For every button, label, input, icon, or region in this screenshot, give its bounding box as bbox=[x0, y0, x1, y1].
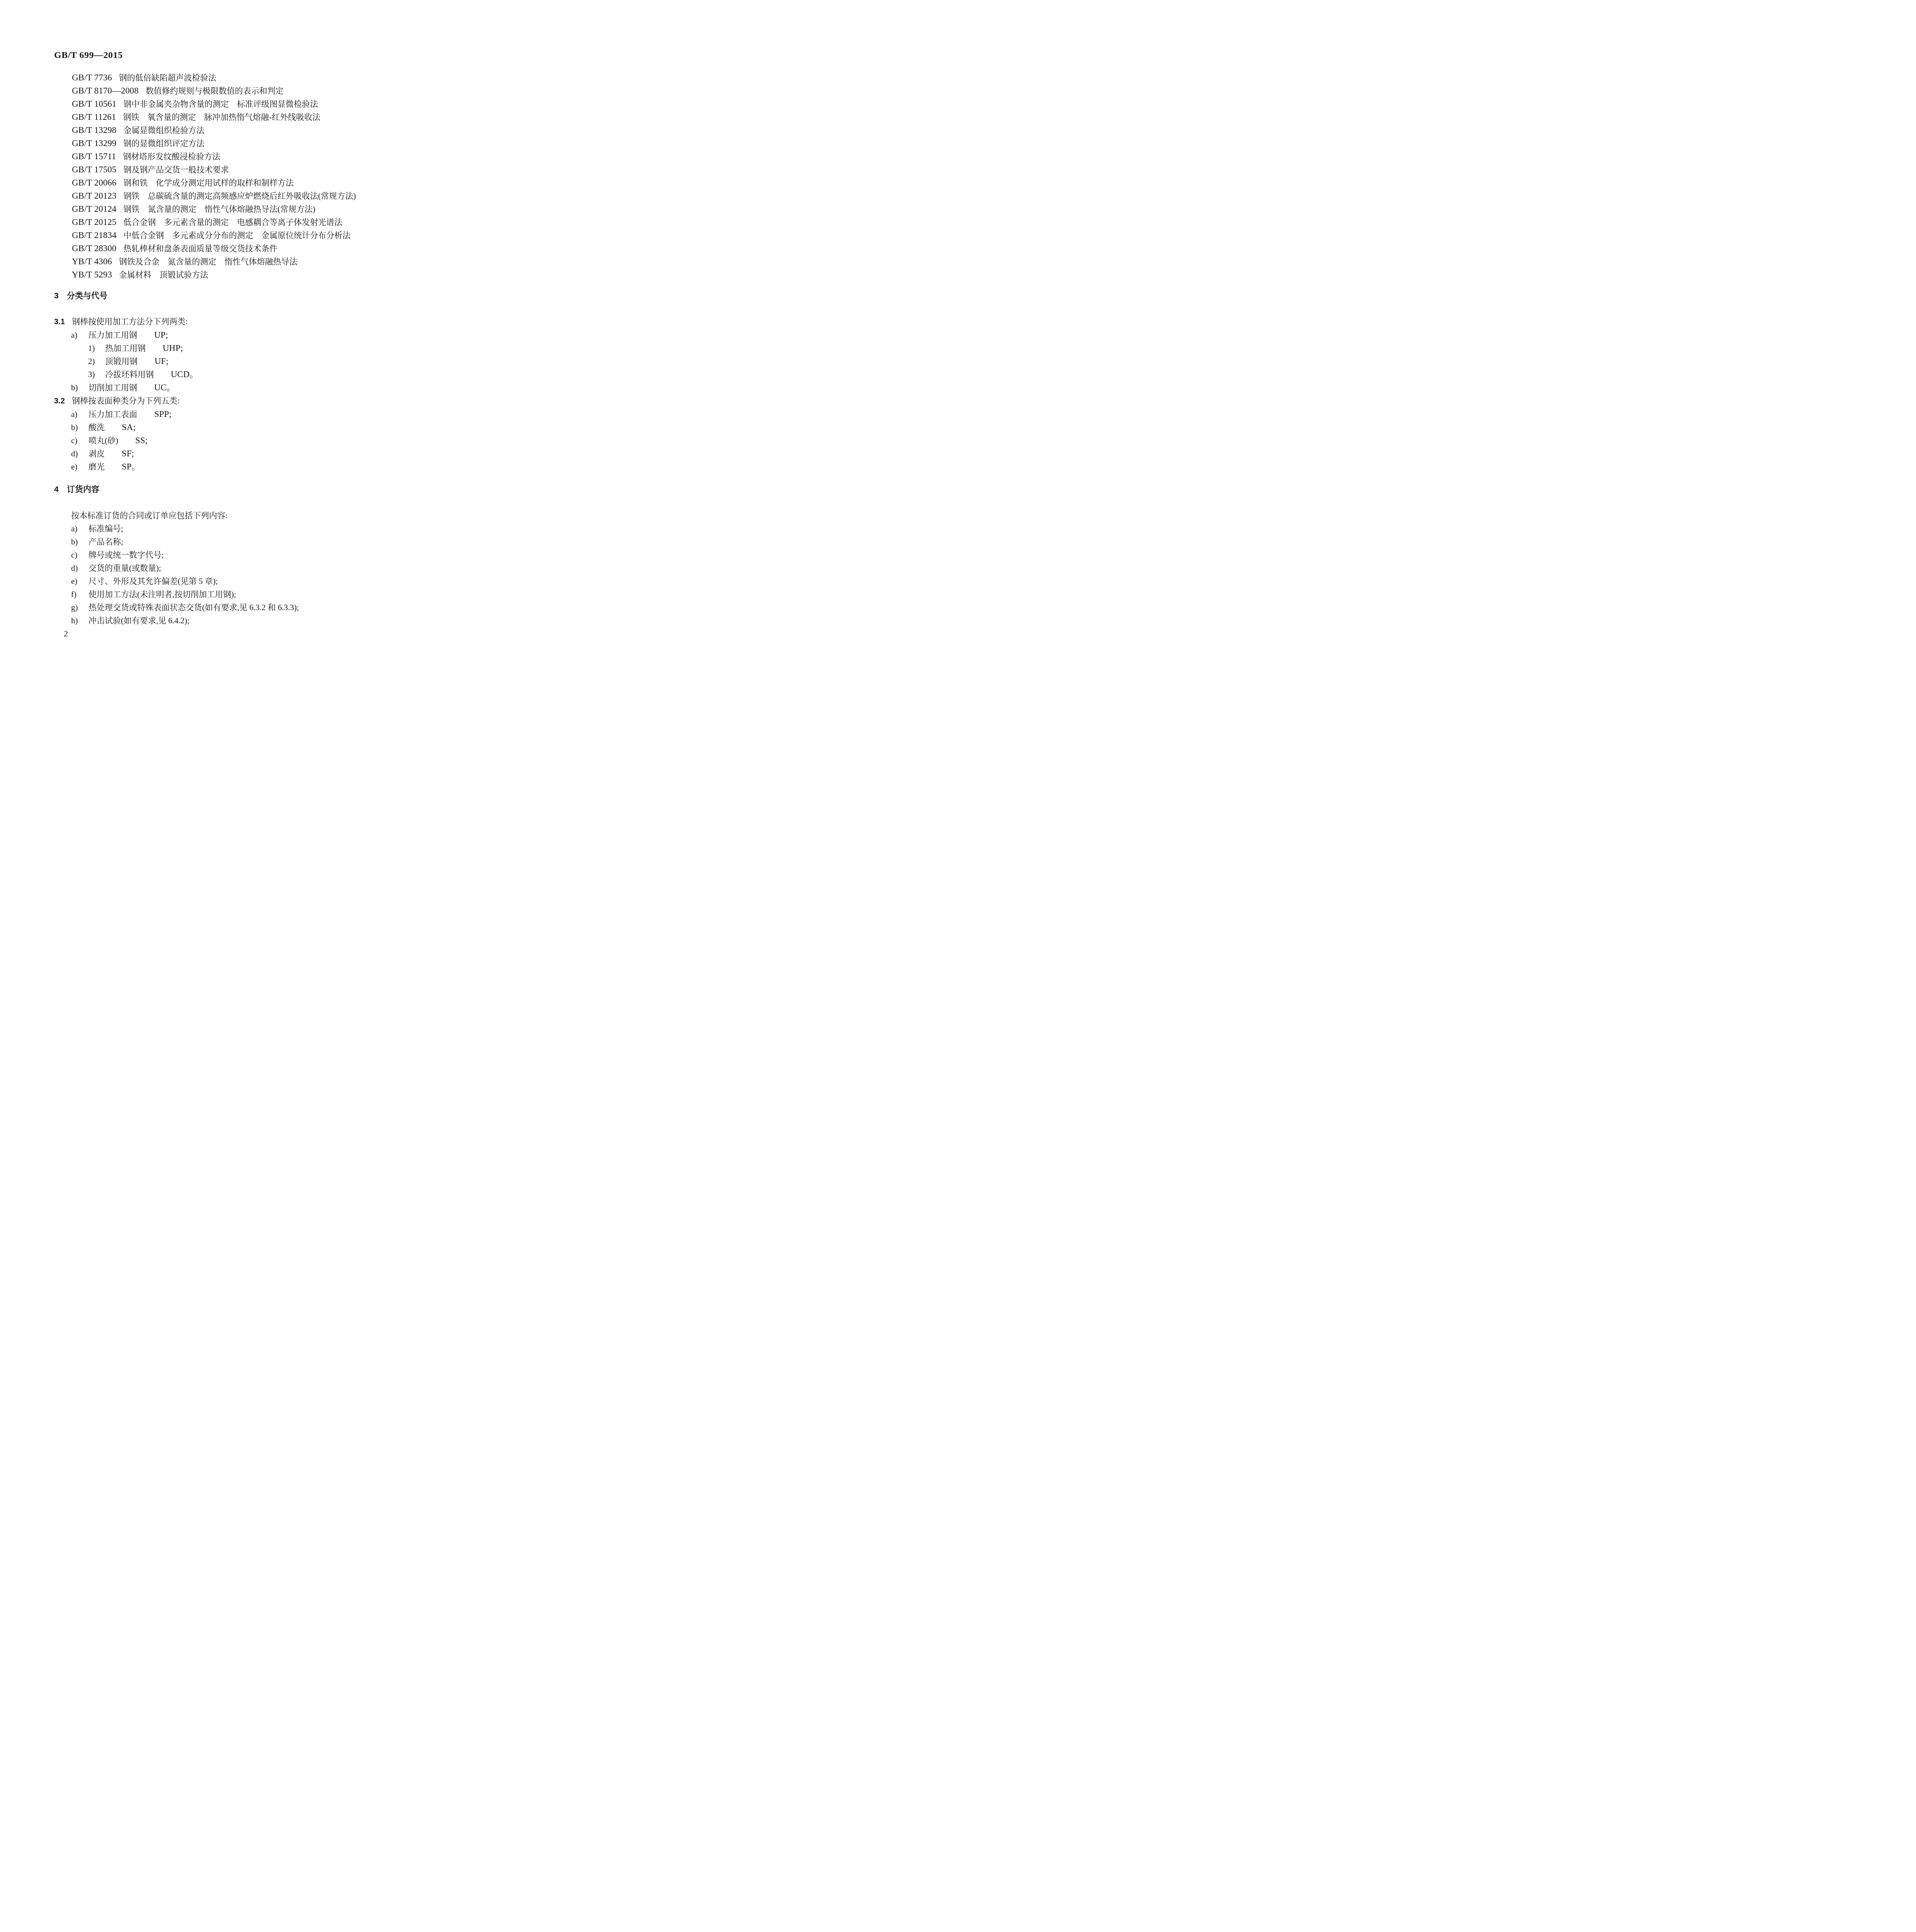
list-item: c)喷丸(砂)SS; bbox=[0, 434, 479, 447]
reference-code: GB/T 28300 bbox=[72, 243, 116, 253]
reference-title: 钢铁及合金 氮含量的测定 惰性气体熔融热导法 bbox=[119, 257, 298, 266]
reference-code: GB/T 13298 bbox=[72, 125, 116, 135]
list-item-text: 喷丸(砂) bbox=[88, 436, 118, 445]
list-item-text: 压力加工用钢 bbox=[88, 330, 137, 340]
list-item-code: SF; bbox=[122, 449, 134, 458]
list-item-marker: 2) bbox=[88, 355, 105, 368]
list-item: b)酸洗SA; bbox=[0, 421, 479, 434]
reference-title: 钢中非金属夹杂物含量的测定 标准评级图显微检验法 bbox=[123, 99, 318, 109]
list-item: a)压力加工用钢UP; bbox=[0, 328, 479, 342]
reference-item: GB/T 20124钢铁 氮含量的测定 惰性气体熔融热导法(常规方法) bbox=[0, 202, 479, 216]
reference-title: 低合金钢 多元素含量的测定 电感耦合等离子体发射光谱法 bbox=[123, 218, 342, 227]
reference-item: GB/T 15711钢材塔形发纹酸浸检验方法 bbox=[0, 150, 479, 163]
reference-item: GB/T 20125低合金钢 多元素含量的测定 电感耦合等离子体发射光谱法 bbox=[0, 216, 479, 229]
list-item-marker: a) bbox=[71, 328, 88, 342]
list-item-text: 牌号或统一数字代号; bbox=[88, 550, 164, 560]
reference-item: GB/T 13299钢的显微组织评定方法 bbox=[0, 137, 479, 150]
list-item-marker: f) bbox=[71, 588, 88, 601]
list-3-1: a)压力加工用钢UP; 1)热加工用钢UHP; 2)顶锻用钢UF; 3)冷拔坯料… bbox=[0, 328, 479, 394]
list-item-marker: a) bbox=[71, 522, 88, 535]
reference-title: 金属显微组织检验方法 bbox=[123, 126, 204, 135]
list-item-text: 使用加工方法(未注明者,按切削加工用钢); bbox=[88, 590, 236, 599]
section-3-heading: 3分类与代号 bbox=[54, 289, 479, 303]
reference-item: GB/T 20066钢和铁 化学成分测定用试样的取样和制样方法 bbox=[0, 176, 479, 189]
list-item-marker: b) bbox=[71, 381, 88, 394]
reference-title: 钢铁 总碳硫含量的测定高频感应炉燃烧后红外吸收法(常规方法) bbox=[123, 191, 356, 201]
standard-number-header: GB/T 699—2015 bbox=[54, 49, 479, 61]
list-item-text: 冲击试验(如有要求,见 6.4.2); bbox=[88, 616, 189, 625]
reference-code: GB/T 15711 bbox=[72, 151, 116, 161]
document-page: GB/T 699—2015 GB/T 7736钢的低倍缺陷超声波检验法 GB/T… bbox=[0, 0, 479, 677]
list-item-code: SA; bbox=[122, 422, 136, 432]
list-item-text: 尺寸、外形及其允许偏差(见第 5 章); bbox=[88, 577, 218, 586]
reference-title: 钢的显微组织评定方法 bbox=[123, 139, 204, 148]
list-item-code: SS; bbox=[135, 435, 148, 445]
list-subitem: 1)热加工用钢UHP; bbox=[0, 342, 479, 355]
section-3-title: 分类与代号 bbox=[67, 291, 107, 300]
reference-item: GB/T 20123钢铁 总碳硫含量的测定高频感应炉燃烧后红外吸收法(常规方法) bbox=[0, 189, 479, 202]
list-item: e)磨光SP。 bbox=[0, 460, 479, 473]
list-item-marker: 1) bbox=[88, 342, 105, 355]
reference-code: YB/T 5293 bbox=[72, 270, 112, 279]
list-item-text: 冷拔坯料用钢 bbox=[105, 370, 154, 379]
reference-title: 热轧棒材和盘条表面质量等级交货技术条件 bbox=[123, 244, 277, 253]
clause-3-2-text: 钢棒按表面种类分为下列五类: bbox=[72, 396, 180, 405]
list-item: g)热处理交货或特殊表面状态交货(如有要求,见 6.3.2 和 6.3.3); bbox=[0, 601, 479, 614]
reference-item: GB/T 11261钢铁 氧含量的测定 脉冲加热惰气熔融-红外线吸收法 bbox=[0, 111, 479, 124]
reference-item: GB/T 21834中低合金钢 多元素成分分布的测定 金属原位统计分布分析法 bbox=[0, 229, 479, 242]
reference-code: YB/T 4306 bbox=[72, 257, 112, 266]
list-item-code: UP; bbox=[154, 330, 168, 340]
reference-item: GB/T 17505钢及钢产品交货一般技术要求 bbox=[0, 163, 479, 176]
list-item-marker: d) bbox=[71, 561, 88, 575]
reference-code: GB/T 20066 bbox=[72, 178, 116, 187]
list-item-marker: a) bbox=[71, 408, 88, 421]
reference-item: YB/T 5293金属材料 顶锻试验方法 bbox=[0, 268, 479, 281]
list-item-marker: b) bbox=[71, 421, 88, 434]
list-item-text: 切削加工用钢 bbox=[88, 383, 137, 392]
list-item: e)尺寸、外形及其允许偏差(见第 5 章); bbox=[0, 575, 479, 588]
reference-code: GB/T 20125 bbox=[72, 217, 116, 227]
list-item-text: 产品名称; bbox=[88, 537, 123, 546]
list-item-code: UCD。 bbox=[171, 369, 199, 379]
reference-title: 钢及钢产品交货一般技术要求 bbox=[123, 165, 229, 174]
reference-code: GB/T 20124 bbox=[72, 204, 116, 214]
clause-3-2: 3.2钢棒按表面种类分为下列五类: bbox=[54, 394, 479, 408]
reference-code: GB/T 7736 bbox=[72, 73, 112, 82]
list-item: c)牌号或统一数字代号; bbox=[0, 548, 479, 561]
clause-3-1: 3.1钢棒按使用加工方法分下列两类: bbox=[54, 315, 479, 328]
reference-code: GB/T 8170—2008 bbox=[72, 86, 139, 95]
list-item-marker: b) bbox=[71, 535, 88, 548]
reference-item: GB/T 7736钢的低倍缺陷超声波检验法 bbox=[0, 71, 479, 84]
section-3-number: 3 bbox=[54, 289, 67, 303]
list-item-text: 标准编号; bbox=[88, 524, 123, 533]
list-item-marker: c) bbox=[71, 548, 88, 561]
reference-title: 钢材塔形发纹酸浸检验方法 bbox=[123, 152, 220, 161]
reference-code: GB/T 11261 bbox=[72, 112, 116, 122]
reference-title: 金属材料 顶锻试验方法 bbox=[119, 270, 208, 279]
page-number: 2 bbox=[0, 627, 479, 640]
reference-title: 钢铁 氧含量的测定 脉冲加热惰气熔融-红外线吸收法 bbox=[123, 112, 320, 122]
list-item-text: 磨光 bbox=[88, 462, 105, 471]
list-item-text: 交货的重量(或数量); bbox=[88, 563, 161, 573]
list-item-code: UF; bbox=[155, 356, 168, 366]
list-item-code: UHP; bbox=[163, 343, 183, 353]
list-item-text: 压力加工表面 bbox=[88, 410, 137, 419]
list-item-code: SP。 bbox=[122, 462, 141, 471]
reference-code: GB/T 21834 bbox=[72, 230, 116, 240]
clause-3-1-number: 3.1 bbox=[54, 315, 72, 328]
clause-3-1-text: 钢棒按使用加工方法分下列两类: bbox=[72, 317, 188, 326]
reference-title: 钢的低倍缺陷超声波检验法 bbox=[119, 73, 216, 82]
section-4-title: 订货内容 bbox=[67, 485, 99, 494]
list-item-text: 热处理交货或特殊表面状态交货(如有要求,见 6.3.2 和 6.3.3); bbox=[88, 603, 299, 612]
list-item: d)交货的重量(或数量); bbox=[0, 561, 479, 575]
section-4-number: 4 bbox=[54, 483, 67, 496]
section-4-heading: 4订货内容 bbox=[54, 483, 479, 496]
list-item-text: 顶锻用钢 bbox=[105, 357, 138, 366]
list-4: a)标准编号; b)产品名称; c)牌号或统一数字代号; d)交货的重量(或数量… bbox=[0, 522, 479, 627]
list-item-text: 酸洗 bbox=[88, 423, 105, 432]
reference-item: GB/T 8170—2008数值修约规则与极限数值的表示和判定 bbox=[0, 84, 479, 97]
section-4-paragraph: 按本标准订货的合同或订单应包括下列内容: bbox=[0, 509, 479, 522]
list-item-code: UC。 bbox=[154, 383, 175, 392]
list-subitem: 2)顶锻用钢UF; bbox=[0, 355, 479, 368]
reference-item: GB/T 28300热轧棒材和盘条表面质量等级交货技术条件 bbox=[0, 242, 479, 255]
list-item-marker: e) bbox=[71, 460, 88, 473]
list-subitem: 3)冷拔坯料用钢UCD。 bbox=[0, 368, 479, 381]
reference-title: 钢铁 氮含量的测定 惰性气体熔融热导法(常规方法) bbox=[123, 204, 315, 214]
list-item-marker: g) bbox=[71, 601, 88, 614]
list-item: a)标准编号; bbox=[0, 522, 479, 535]
reference-item: GB/T 10561钢中非金属夹杂物含量的测定 标准评级图显微检验法 bbox=[0, 97, 479, 111]
list-item: f)使用加工方法(未注明者,按切削加工用钢); bbox=[0, 588, 479, 601]
normative-references-list: GB/T 7736钢的低倍缺陷超声波检验法 GB/T 8170—2008数值修约… bbox=[0, 71, 479, 281]
list-item: a)压力加工表面SPP; bbox=[0, 408, 479, 421]
reference-code: GB/T 17505 bbox=[72, 165, 116, 174]
list-item-marker: h) bbox=[71, 614, 88, 627]
reference-title: 中低合金钢 多元素成分分布的测定 金属原位统计分布分析法 bbox=[123, 231, 350, 240]
list-item: h)冲击试验(如有要求,见 6.4.2); bbox=[0, 614, 479, 627]
list-item-text: 热加工用钢 bbox=[105, 344, 146, 353]
list-item: b)产品名称; bbox=[0, 535, 479, 548]
list-item-marker: c) bbox=[71, 434, 88, 447]
list-item-marker: d) bbox=[71, 447, 88, 460]
list-item-code: SPP; bbox=[154, 409, 172, 419]
list-item: b)切削加工用钢UC。 bbox=[0, 381, 479, 394]
list-item-marker: 3) bbox=[88, 368, 105, 381]
clause-3-2-number: 3.2 bbox=[54, 395, 72, 408]
reference-item: GB/T 13298金属显微组织检验方法 bbox=[0, 124, 479, 137]
list-item: d)剥皮SF; bbox=[0, 447, 479, 460]
reference-item: YB/T 4306钢铁及合金 氮含量的测定 惰性气体熔融热导法 bbox=[0, 255, 479, 268]
list-3-2: a)压力加工表面SPP; b)酸洗SA; c)喷丸(砂)SS; d)剥皮SF; … bbox=[0, 408, 479, 473]
list-item-text: 剥皮 bbox=[88, 449, 105, 458]
reference-title: 数值修约规则与极限数值的表示和判定 bbox=[146, 86, 284, 95]
reference-title: 钢和铁 化学成分测定用试样的取样和制样方法 bbox=[123, 178, 294, 187]
list-item-marker: e) bbox=[71, 575, 88, 588]
reference-code: GB/T 20123 bbox=[72, 191, 116, 201]
reference-code: GB/T 10561 bbox=[72, 99, 116, 109]
reference-code: GB/T 13299 bbox=[72, 138, 116, 148]
